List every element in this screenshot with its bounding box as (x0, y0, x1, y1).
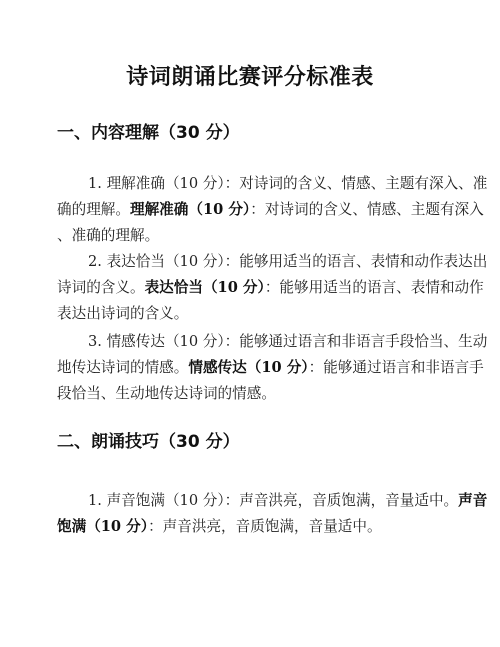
paragraph-line: 段恰当、生动地传达诗词的情感。 (57, 382, 276, 403)
bold-criterion: 饱满（10 分） (57, 518, 148, 535)
paragraph-line: 1. 理解准确（10 分）：对诗词的含义、情感、主题有深入、准 (88, 172, 487, 193)
text-run: 确的理解。 (57, 201, 130, 218)
paragraph-line: 3. 情感传达（10 分）：能够通过语言和非语言手段恰当、生动 (88, 330, 487, 351)
text-run: ：声音洪亮，音质饱满，音量适中。 (148, 518, 382, 535)
section-heading-technique: 二、朗诵技巧（30 分） (57, 427, 240, 452)
paragraph-line: 、准确的理解。 (57, 224, 159, 245)
text-run: 1. 声音饱满（10 分）：声音洪亮，音质饱满，音量适中。 (88, 492, 458, 509)
paragraph-line: 诗词的含义。表达恰当（10 分）：能够用适当的语言、表情和动作 (57, 276, 484, 297)
bold-criterion: 理解准确（10 分） (130, 201, 250, 218)
paragraph-line: 2. 表达恰当（10 分）：能够用适当的语言、表情和动作表达出 (88, 250, 487, 271)
paragraph-line: 确的理解。理解准确（10 分）：对诗词的含义、情感、主题有深入 (57, 198, 484, 219)
text-run: ：对诗词的含义、情感、主题有深入 (250, 201, 484, 218)
text-run: ：能够用适当的语言、表情和动作 (265, 279, 484, 296)
text-run: ：能够通过语言和非语言手 (309, 359, 484, 376)
bold-criterion: 情感传达（10 分） (188, 359, 308, 376)
bold-criterion: 声音 (458, 492, 487, 509)
paragraph-line: 表达出诗词的含义。 (57, 302, 188, 323)
bold-criterion: 表达恰当（10 分） (145, 279, 265, 296)
paragraph-line: 饱满（10 分）：声音洪亮，音质饱满，音量适中。 (57, 515, 382, 536)
paragraph-line: 地传达诗词的情感。情感传达（10 分）：能够通过语言和非语言手 (57, 356, 484, 377)
text-run: 地传达诗词的情感。 (57, 359, 188, 376)
document-title: 诗词朗诵比赛评分标准表 (0, 60, 500, 91)
paragraph-line: 1. 声音饱满（10 分）：声音洪亮，音质饱满，音量适中。声音 (88, 489, 487, 510)
text-run: 诗词的含义。 (57, 279, 145, 296)
section-heading-content: 一、内容理解（30 分） (57, 118, 240, 143)
